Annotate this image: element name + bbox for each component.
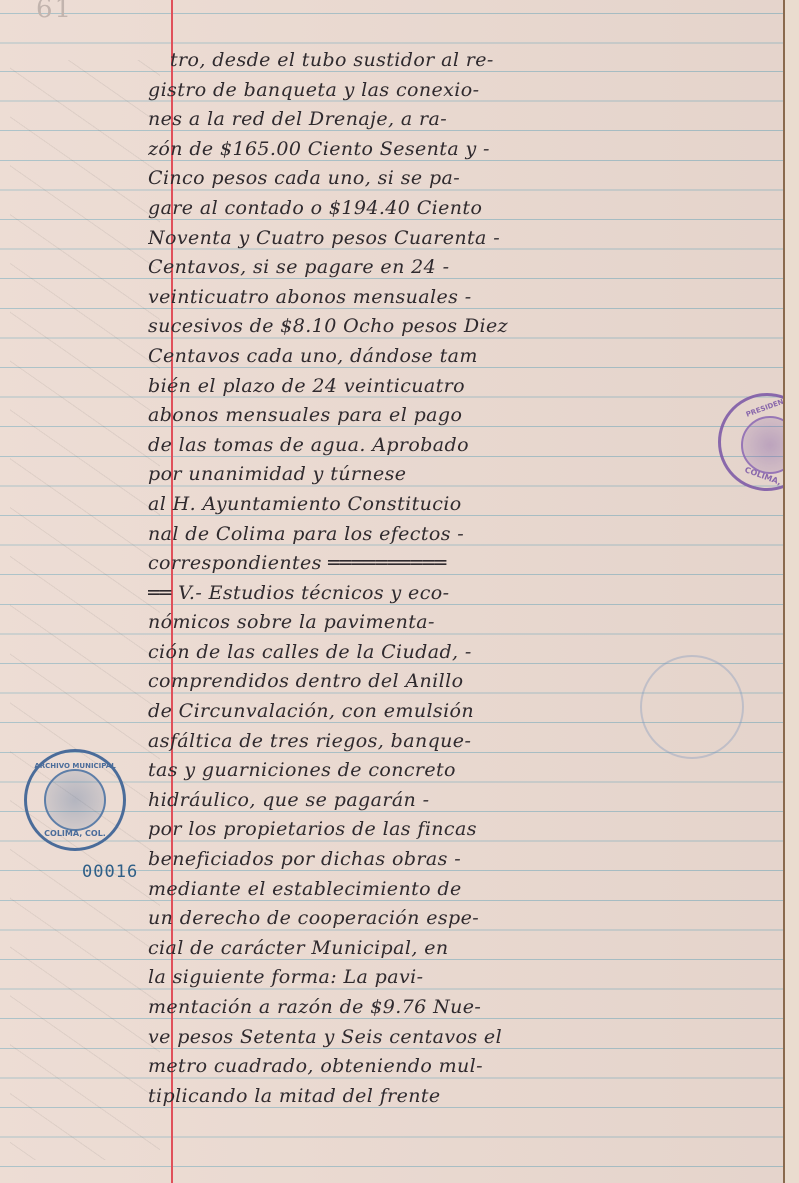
text-line: bién el plazo de 24 veinticuatro [148, 372, 768, 402]
text-line: nes a la red del Drenaje, a ra- [148, 105, 768, 135]
faded-page-number: 61 [36, 0, 73, 24]
text-line: mediante el establecimiento de [148, 875, 768, 905]
text-line: Noventa y Cuatro pesos Cuarenta - [148, 224, 768, 254]
text-line: mentación a razón de $9.76 Nue- [148, 993, 768, 1023]
text-line: tiplicando la mitad del frente [148, 1082, 768, 1112]
text-line: un derecho de cooperación espe- [148, 904, 768, 934]
archive-stamp-icon: ARCHIVO MUNICIPAL COLIMA, COL. [24, 749, 126, 851]
text-line: cial de carácter Municipal, en [148, 934, 768, 964]
coat-of-arms-icon [44, 769, 106, 831]
ink-bleed-through [10, 60, 160, 1160]
text-line: ve pesos Setenta y Seis centavos el [148, 1023, 768, 1053]
text-line: gistro de banqueta y las conexio- [148, 76, 768, 106]
text-line: nal de Colima para los efectos - [148, 520, 768, 550]
faded-stamp-ghost [640, 655, 744, 759]
handwritten-text-block: tro, desde el tubo sustidor al re- gistr… [148, 46, 768, 1111]
archive-stamp-bottom-text: COLIMA, COL. [27, 829, 123, 838]
text-line: de las tomas de agua. Aprobado [148, 431, 768, 461]
ledger-page: 61 tro, desde el tubo sustidor al re- gi… [0, 0, 783, 1183]
folio-number: 00016 [82, 862, 138, 882]
text-line: Centavos cada uno, dándose tam [148, 342, 768, 372]
text-line: tro, desde el tubo sustidor al re- [148, 46, 768, 76]
text-line: la siguiente forma: La pavi- [148, 963, 768, 993]
text-line: sucesivos de $8.10 Ocho pesos Diez [148, 312, 768, 342]
text-line: abonos mensuales para el pago [148, 401, 768, 431]
text-line: tas y guarniciones de concreto [148, 756, 768, 786]
text-line: correspondientes ══════════ [148, 549, 768, 579]
text-line: al H. Ayuntamiento Constitucio [148, 490, 768, 520]
text-line: Centavos, si se pagare en 24 - [148, 253, 768, 283]
section-heading-line: ══ V.- Estudios técnicos y eco- [148, 579, 768, 609]
adjacent-page-edge [785, 0, 799, 1183]
text-line: veinticuatro abonos mensuales - [148, 283, 768, 313]
text-line: beneficiados por dichas obras - [148, 845, 768, 875]
text-line: zón de $165.00 Ciento Sesenta y - [148, 135, 768, 165]
text-line: Cinco pesos cada uno, si se pa- [148, 164, 768, 194]
text-line: por los propietarios de las fincas [148, 815, 768, 845]
text-line: metro cuadrado, obteniendo mul- [148, 1052, 768, 1082]
text-line: nómicos sobre la pavimenta- [148, 608, 768, 638]
text-line: gare al contado o $194.40 Ciento [148, 194, 768, 224]
text-line: hidráulico, que se pagarán - [148, 786, 768, 816]
archive-stamp-top-text: ARCHIVO MUNICIPAL [27, 762, 123, 770]
text-line: por unanimidad y túrnese [148, 460, 768, 490]
